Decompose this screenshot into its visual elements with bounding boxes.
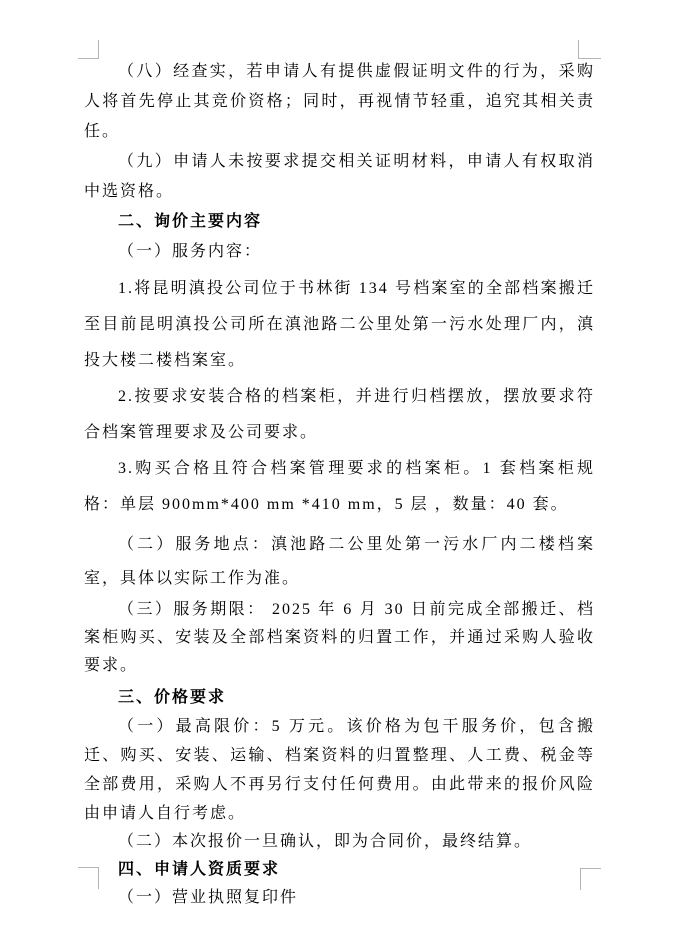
document-body: （八）经查实，若申请人有提供虚假证明文件的行为，采购人将首先停止其竞价资格；同时… — [84, 57, 595, 912]
section-4-heading: 四、申请人资质要求 — [84, 856, 595, 884]
service-item-2-paragraph: 2.按要求安装合格的档案柜，并进行归档摆放，摆放要求符合档案管理要求及公司要求。 — [84, 379, 595, 451]
document-page: （八）经查实，若申请人有提供虚假证明文件的行为，采购人将首先停止其竞价资格；同时… — [0, 0, 679, 932]
quote-confirmation-paragraph: （二）本次报价一旦确认，即为合同价，最终结算。 — [84, 828, 595, 856]
service-deadline-paragraph: （三）服务期限： 2025 年 6 月 30 日前完成全部搬迁、档案柜购买、安装… — [84, 596, 595, 680]
service-content-label: （一）服务内容： — [84, 237, 595, 267]
service-item-1-paragraph: 1.将昆明滇投公司位于书林街 134 号档案室的全部档案搬迁至目前昆明滇投公司所… — [84, 271, 595, 379]
section-3-heading: 三、价格要求 — [84, 684, 595, 712]
clause-8-paragraph: （八）经查实，若申请人有提供虚假证明文件的行为，采购人将首先停止其竞价资格；同时… — [84, 57, 595, 147]
price-cap-paragraph: （一）最高限价：5 万元。该价格为包干服务价，包含搬迁、购买、安装、运输、档案资… — [84, 712, 595, 828]
service-location-paragraph: （二）服务地点：滇池路二公里处第一污水厂内二楼档案室，具体以实际工作为准。 — [84, 528, 595, 596]
service-item-3-paragraph: 3.购买合格且符合档案管理要求的档案柜。1 套档案柜规格：单层 900mm*40… — [84, 451, 595, 523]
business-license-paragraph: （一）营业执照复印件 — [84, 884, 595, 912]
clause-9-paragraph: （九）申请人未按要求提交相关证明材料，申请人有权取消中选资格。 — [84, 147, 595, 207]
section-2-heading: 二、询价主要内容 — [84, 207, 595, 237]
